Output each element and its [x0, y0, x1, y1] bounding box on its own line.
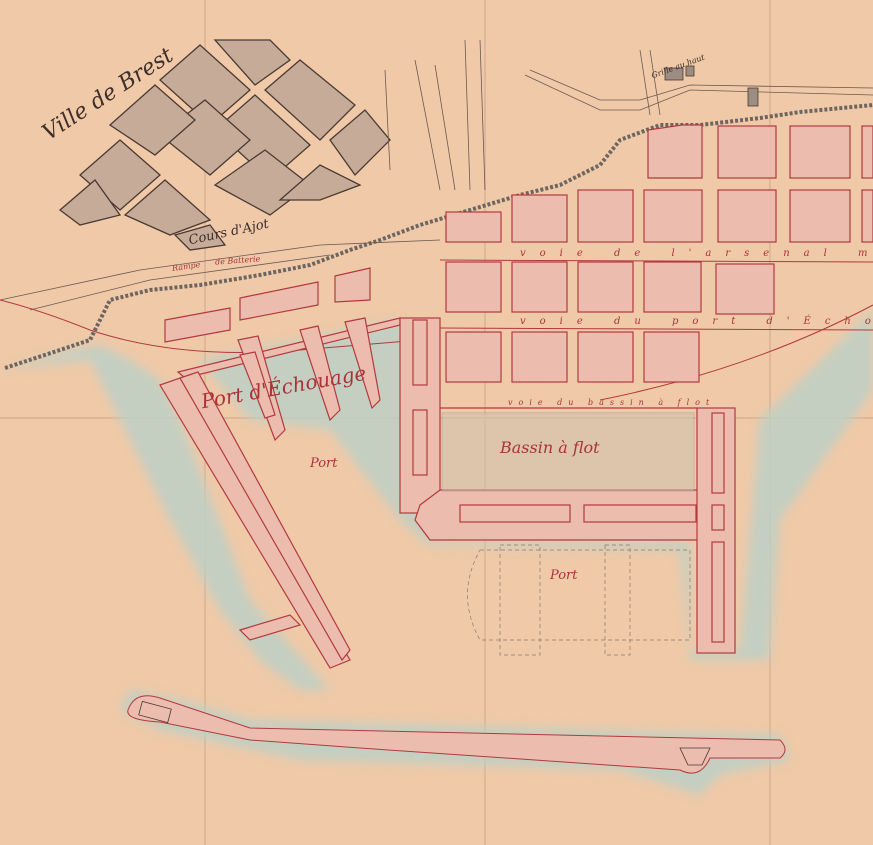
label-voie-port-echouage: voie du port d'Échouage: [520, 316, 873, 327]
label-port-2: Port: [550, 568, 578, 583]
label-voie-arsenal: voie de l'arsenal militaire: [520, 248, 873, 259]
label-bassin-a-flot: Bassin à flot: [500, 438, 600, 457]
label-voie-bassin: voie du bassin à flot: [508, 398, 715, 407]
label-port-1: Port: [310, 456, 338, 471]
harbor-map: [0, 0, 873, 845]
